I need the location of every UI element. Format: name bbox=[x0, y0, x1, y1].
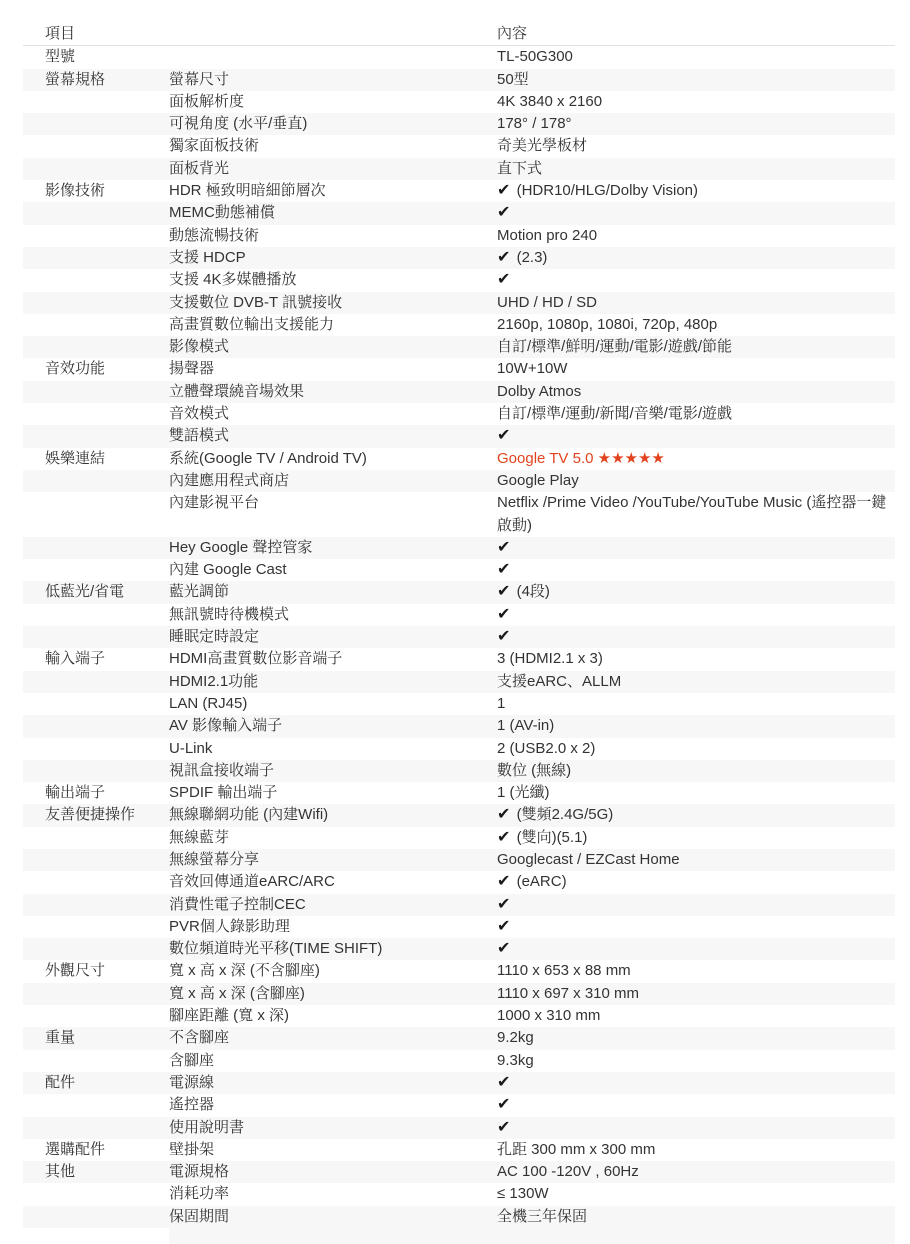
value-cell: 全機三年保固 bbox=[497, 1206, 895, 1228]
spec-row: 輸出端子SPDIF 輸出端子1 (光纖) bbox=[23, 782, 895, 804]
category-cell: 音效功能 bbox=[23, 358, 169, 380]
value-cell: ✔ bbox=[497, 269, 895, 291]
value-cell: ✔ bbox=[497, 425, 895, 447]
check-icon: ✔ bbox=[497, 918, 510, 935]
spec-row: 內建影視平台Netflix /Prime Video /YouTube/YouT… bbox=[23, 492, 895, 537]
value-text: (2.3) bbox=[512, 249, 547, 266]
category-cell bbox=[23, 403, 169, 425]
spec-row: 其他電源規格AC 100 -120V , 60Hz bbox=[23, 1161, 895, 1183]
item-cell: 影像模式 bbox=[169, 336, 497, 358]
value-cell: ✔ (雙頻2.4G/5G) bbox=[497, 804, 895, 826]
check-icon: ✔ bbox=[497, 427, 510, 444]
item-cell: 揚聲器 bbox=[169, 358, 497, 380]
item-cell: 獨家面板技術 bbox=[169, 135, 497, 157]
value-cell: 1110 x 697 x 310 mm bbox=[497, 983, 895, 1005]
category-cell bbox=[23, 537, 169, 559]
category-cell bbox=[23, 1094, 169, 1116]
category-cell: 友善便捷操作 bbox=[23, 804, 169, 826]
value-text: (4段) bbox=[512, 583, 550, 600]
category-cell: 娛樂連結 bbox=[23, 448, 169, 470]
value-cell: 自訂/標準/鮮明/運動/電影/遊戲/節能 bbox=[497, 336, 895, 358]
item-cell: U-Link bbox=[169, 738, 497, 760]
value-cell: Googlecast / EZCast Home bbox=[497, 849, 895, 871]
value-cell: ✔ bbox=[497, 1094, 895, 1116]
spec-row: 螢幕規格螢幕尺寸50型 bbox=[23, 69, 895, 91]
category-cell bbox=[23, 492, 169, 537]
spec-row: 視訊盒接收端子數位 (無線) bbox=[23, 760, 895, 782]
category-cell bbox=[23, 760, 169, 782]
item-cell: 內建影視平台 bbox=[169, 492, 497, 537]
model-label: 型號 bbox=[23, 46, 169, 68]
check-icon: ✔ bbox=[497, 829, 510, 846]
spec-row: PVR個人錄影助理✔ bbox=[23, 916, 895, 938]
spec-row: 寬 x 高 x 深 (含腳座)1110 x 697 x 310 mm bbox=[23, 983, 895, 1005]
value-cell: ✔ bbox=[497, 626, 895, 648]
check-icon: ✔ bbox=[497, 1074, 510, 1091]
spec-row: AV 影像輸入端子1 (AV-in) bbox=[23, 715, 895, 737]
category-cell: 選購配件 bbox=[23, 1139, 169, 1161]
value-cell: ✔ bbox=[497, 1072, 895, 1094]
value-cell: ✔ (2.3) bbox=[497, 247, 895, 269]
item-cell: 寬 x 高 x 深 (不含腳座) bbox=[169, 960, 497, 982]
category-cell: 低藍光/省電 bbox=[23, 581, 169, 603]
spec-row: 選購配件壁掛架孔距 300 mm x 300 mm bbox=[23, 1139, 895, 1161]
value-cell: 1 (光纖) bbox=[497, 782, 895, 804]
category-cell bbox=[23, 693, 169, 715]
spec-row: 無線藍芽✔ (雙向)(5.1) bbox=[23, 827, 895, 849]
value-text: (HDR10/HLG/Dolby Vision) bbox=[512, 182, 698, 199]
spec-row: MEMC動態補償✔ bbox=[23, 202, 895, 224]
value-cell: 3 (HDMI2.1 x 3) bbox=[497, 648, 895, 670]
spec-row: 娛樂連結系統(Google TV / Android TV)Google TV … bbox=[23, 448, 895, 470]
spec-row: 影像技術HDR 極致明暗細節層次✔ (HDR10/HLG/Dolby Visio… bbox=[23, 180, 895, 202]
value-cell: ✔ bbox=[497, 894, 895, 916]
item-cell: 睡眠定時設定 bbox=[169, 626, 497, 648]
item-cell: Hey Google 聲控管家 bbox=[169, 537, 497, 559]
item-cell: 保固期間 bbox=[169, 1206, 497, 1228]
item-cell: 寬 x 高 x 深 (含腳座) bbox=[169, 983, 497, 1005]
check-icon: ✔ bbox=[497, 806, 510, 823]
value-cell: 9.3kg bbox=[497, 1050, 895, 1072]
item-cell: 面板解析度 bbox=[169, 91, 497, 113]
spec-row: 面板背光直下式 bbox=[23, 158, 895, 180]
item-cell: 支援 HDCP bbox=[169, 247, 497, 269]
spec-row: 雙語模式✔ bbox=[23, 425, 895, 447]
item-cell: 內建 Google Cast bbox=[169, 559, 497, 581]
value-cell: 4K 3840 x 2160 bbox=[497, 91, 895, 113]
item-cell: 雙語模式 bbox=[169, 425, 497, 447]
value-cell: AC 100 -120V , 60Hz bbox=[497, 1161, 895, 1183]
item-cell: SPDIF 輸出端子 bbox=[169, 782, 497, 804]
header-row: 項目 內容 bbox=[23, 23, 895, 46]
value-cell: 奇美光學板材 bbox=[497, 135, 895, 157]
check-icon: ✔ bbox=[497, 539, 510, 556]
item-cell: 不含腳座 bbox=[169, 1027, 497, 1049]
category-cell bbox=[23, 738, 169, 760]
item-cell: 壁掛架 bbox=[169, 1139, 497, 1161]
value-text: (雙頻2.4G/5G) bbox=[512, 806, 613, 823]
category-cell bbox=[23, 1183, 169, 1205]
category-cell: 重量 bbox=[23, 1027, 169, 1049]
spec-row: Hey Google 聲控管家✔ bbox=[23, 537, 895, 559]
check-icon: ✔ bbox=[497, 896, 510, 913]
value-cell: ✔ (HDR10/HLG/Dolby Vision) bbox=[497, 180, 895, 202]
spec-row: 睡眠定時設定✔ bbox=[23, 626, 895, 648]
spec-row: 數位頻道時光平移(TIME SHIFT)✔ bbox=[23, 938, 895, 960]
item-cell: 無訊號時待機模式 bbox=[169, 604, 497, 626]
spec-table: 項目 內容 型號 TL-50G300 螢幕規格螢幕尺寸50型面板解析度4K 38… bbox=[23, 23, 895, 1244]
category-cell bbox=[23, 559, 169, 581]
item-cell: 支援 4K多媒體播放 bbox=[169, 269, 497, 291]
value-text: (eARC) bbox=[512, 873, 566, 890]
category-cell bbox=[23, 336, 169, 358]
check-icon: ✔ bbox=[497, 628, 510, 645]
item-cell: HDMI2.1功能 bbox=[169, 671, 497, 693]
item-cell: 遙控器 bbox=[169, 1094, 497, 1116]
category-cell bbox=[23, 1228, 169, 1244]
category-cell: 配件 bbox=[23, 1072, 169, 1094]
item-cell: PVR個人錄影助理 bbox=[169, 916, 497, 938]
spec-row: 音效功能揚聲器10W+10W bbox=[23, 358, 895, 380]
category-cell bbox=[23, 894, 169, 916]
spec-row: 內建應用程式商店Google Play bbox=[23, 470, 895, 492]
trailing-stripe bbox=[169, 1228, 895, 1244]
value-cell: 10W+10W bbox=[497, 358, 895, 380]
spec-row: 遙控器✔ bbox=[23, 1094, 895, 1116]
spec-row: 高畫質數位輸出支援能力2160p, 1080p, 1080i, 720p, 48… bbox=[23, 314, 895, 336]
spec-row: U-Link2 (USB2.0 x 2) bbox=[23, 738, 895, 760]
spec-row: 支援數位 DVB-T 訊號接收UHD / HD / SD bbox=[23, 292, 895, 314]
category-cell bbox=[23, 715, 169, 737]
item-cell: 電源線 bbox=[169, 1072, 497, 1094]
check-icon: ✔ bbox=[497, 873, 510, 890]
category-cell bbox=[23, 202, 169, 224]
value-cell: 1110 x 653 x 88 mm bbox=[497, 960, 895, 982]
value-cell: ✔ bbox=[497, 1117, 895, 1139]
item-cell: 音效模式 bbox=[169, 403, 497, 425]
spec-row: 外觀尺寸寬 x 高 x 深 (不含腳座)1110 x 653 x 88 mm bbox=[23, 960, 895, 982]
value-cell: 2 (USB2.0 x 2) bbox=[497, 738, 895, 760]
category-cell bbox=[23, 225, 169, 247]
spec-row: 支援 HDCP✔ (2.3) bbox=[23, 247, 895, 269]
spec-row: 腳座距離 (寬 x 深)1000 x 310 mm bbox=[23, 1005, 895, 1027]
spec-row: 無線螢幕分享Googlecast / EZCast Home bbox=[23, 849, 895, 871]
category-cell bbox=[23, 626, 169, 648]
value-cell: ≤ 130W bbox=[497, 1183, 895, 1205]
spec-row: 無訊號時待機模式✔ bbox=[23, 604, 895, 626]
check-icon: ✔ bbox=[497, 1096, 510, 1113]
value-cell: ✔ (4段) bbox=[497, 581, 895, 603]
category-cell bbox=[23, 292, 169, 314]
check-icon: ✔ bbox=[497, 204, 510, 221]
category-cell bbox=[23, 314, 169, 336]
value-cell: ✔ bbox=[497, 938, 895, 960]
value-cell: 178° / 178° bbox=[497, 113, 895, 135]
spec-row: 消耗功率≤ 130W bbox=[23, 1183, 895, 1205]
value-cell: ✔ bbox=[497, 559, 895, 581]
value-cell: 50型 bbox=[497, 69, 895, 91]
spec-row: 使用說明書✔ bbox=[23, 1117, 895, 1139]
item-cell: 含腳座 bbox=[169, 1050, 497, 1072]
spec-row: 重量不含腳座9.2kg bbox=[23, 1027, 895, 1049]
category-cell bbox=[23, 604, 169, 626]
check-icon: ✔ bbox=[497, 249, 510, 266]
item-cell: 使用說明書 bbox=[169, 1117, 497, 1139]
value-cell: ✔ (雙向)(5.1) bbox=[497, 827, 895, 849]
item-cell: 消耗功率 bbox=[169, 1183, 497, 1205]
spec-row: 消費性電子控制CEC✔ bbox=[23, 894, 895, 916]
item-cell: 視訊盒接收端子 bbox=[169, 760, 497, 782]
item-cell: 動態流暢技術 bbox=[169, 225, 497, 247]
value-cell: Netflix /Prime Video /YouTube/YouTube Mu… bbox=[497, 492, 895, 537]
value-cell: 數位 (無線) bbox=[497, 760, 895, 782]
value-cell: 1000 x 310 mm bbox=[497, 1005, 895, 1027]
item-cell: HDR 極致明暗細節層次 bbox=[169, 180, 497, 202]
spec-row: 面板解析度4K 3840 x 2160 bbox=[23, 91, 895, 113]
category-cell: 螢幕規格 bbox=[23, 69, 169, 91]
value-cell: ✔ bbox=[497, 916, 895, 938]
value-cell: ✔ bbox=[497, 537, 895, 559]
item-cell: LAN (RJ45) bbox=[169, 693, 497, 715]
value-cell: Google Play bbox=[497, 470, 895, 492]
category-cell bbox=[23, 983, 169, 1005]
header-spacer bbox=[169, 23, 497, 45]
header-item-label: 項目 bbox=[23, 23, 169, 45]
model-value: TL-50G300 bbox=[497, 46, 895, 68]
spec-row: LAN (RJ45)1 bbox=[23, 693, 895, 715]
category-cell bbox=[23, 1050, 169, 1072]
category-cell bbox=[23, 158, 169, 180]
spec-row: 低藍光/省電藍光調節✔ (4段) bbox=[23, 581, 895, 603]
spec-row: 音效回傳通道eARC/ARC✔ (eARC) bbox=[23, 871, 895, 893]
category-cell: 其他 bbox=[23, 1161, 169, 1183]
value-cell: 1 bbox=[497, 693, 895, 715]
item-cell: HDMI高畫質數位影音端子 bbox=[169, 648, 497, 670]
item-cell: 電源規格 bbox=[169, 1161, 497, 1183]
item-cell: 可視角度 (水平/垂直) bbox=[169, 113, 497, 135]
value-cell: Dolby Atmos bbox=[497, 381, 895, 403]
category-cell bbox=[23, 916, 169, 938]
check-icon: ✔ bbox=[497, 561, 510, 578]
item-cell: 面板背光 bbox=[169, 158, 497, 180]
spec-row: 立體聲環繞音場效果Dolby Atmos bbox=[23, 381, 895, 403]
value-cell: Google TV 5.0 ★★★★★ bbox=[497, 448, 895, 470]
value-cell: ✔ bbox=[497, 202, 895, 224]
category-cell bbox=[23, 827, 169, 849]
spec-row: HDMI2.1功能支援eARC、ALLM bbox=[23, 671, 895, 693]
check-icon: ✔ bbox=[497, 182, 510, 199]
category-cell bbox=[23, 938, 169, 960]
model-spacer bbox=[169, 46, 497, 68]
item-cell: 音效回傳通道eARC/ARC bbox=[169, 871, 497, 893]
model-row: 型號 TL-50G300 bbox=[23, 46, 895, 68]
item-cell: 數位頻道時光平移(TIME SHIFT) bbox=[169, 938, 497, 960]
spec-row: 內建 Google Cast✔ bbox=[23, 559, 895, 581]
spec-row: 保固期間全機三年保固 bbox=[23, 1206, 895, 1228]
item-cell: 支援數位 DVB-T 訊號接收 bbox=[169, 292, 497, 314]
value-cell: 直下式 bbox=[497, 158, 895, 180]
category-cell bbox=[23, 849, 169, 871]
item-cell: MEMC動態補償 bbox=[169, 202, 497, 224]
category-cell: 影像技術 bbox=[23, 180, 169, 202]
spec-row: 動態流暢技術Motion pro 240 bbox=[23, 225, 895, 247]
category-cell bbox=[23, 1206, 169, 1228]
value-cell: ✔ bbox=[497, 604, 895, 626]
value-cell: 支援eARC、ALLM bbox=[497, 671, 895, 693]
item-cell: 無線螢幕分享 bbox=[169, 849, 497, 871]
item-cell: 消費性電子控制CEC bbox=[169, 894, 497, 916]
value-text: (雙向)(5.1) bbox=[512, 829, 587, 846]
check-icon: ✔ bbox=[497, 940, 510, 957]
item-cell: AV 影像輸入端子 bbox=[169, 715, 497, 737]
item-cell: 系統(Google TV / Android TV) bbox=[169, 448, 497, 470]
item-cell: 藍光調節 bbox=[169, 581, 497, 603]
value-cell: 1 (AV-in) bbox=[497, 715, 895, 737]
item-cell: 高畫質數位輸出支援能力 bbox=[169, 314, 497, 336]
spec-row: 音效模式自訂/標準/運動/新聞/音樂/電影/遊戲 bbox=[23, 403, 895, 425]
category-cell bbox=[23, 671, 169, 693]
value-cell: 自訂/標準/運動/新聞/音樂/電影/遊戲 bbox=[497, 403, 895, 425]
value-cell: UHD / HD / SD bbox=[497, 292, 895, 314]
value-cell: Motion pro 240 bbox=[497, 225, 895, 247]
category-cell bbox=[23, 1117, 169, 1139]
spec-row: 影像模式自訂/標準/鮮明/運動/電影/遊戲/節能 bbox=[23, 336, 895, 358]
spec-row: 支援 4K多媒體播放✔ bbox=[23, 269, 895, 291]
category-cell bbox=[23, 381, 169, 403]
value-cell: 9.2kg bbox=[497, 1027, 895, 1049]
item-cell: 立體聲環繞音場效果 bbox=[169, 381, 497, 403]
category-cell: 輸出端子 bbox=[23, 782, 169, 804]
item-cell: 無線聯網功能 (內建Wifi) bbox=[169, 804, 497, 826]
category-cell bbox=[23, 269, 169, 291]
item-cell: 螢幕尺寸 bbox=[169, 69, 497, 91]
spec-row: 可視角度 (水平/垂直)178° / 178° bbox=[23, 113, 895, 135]
value-cell: 2160p, 1080p, 1080i, 720p, 480p bbox=[497, 314, 895, 336]
check-icon: ✔ bbox=[497, 271, 510, 288]
category-cell bbox=[23, 425, 169, 447]
category-cell: 輸入端子 bbox=[23, 648, 169, 670]
spec-row: 友善便捷操作無線聯網功能 (內建Wifi)✔ (雙頻2.4G/5G) bbox=[23, 804, 895, 826]
value-cell: ✔ (eARC) bbox=[497, 871, 895, 893]
category-cell bbox=[23, 470, 169, 492]
spec-row: 輸入端子HDMI高畫質數位影音端子3 (HDMI2.1 x 3) bbox=[23, 648, 895, 670]
trailing-empty-row bbox=[23, 1228, 895, 1244]
header-content-label: 內容 bbox=[497, 23, 895, 45]
category-cell bbox=[23, 1005, 169, 1027]
item-cell: 內建應用程式商店 bbox=[169, 470, 497, 492]
category-cell bbox=[23, 135, 169, 157]
category-cell bbox=[23, 871, 169, 893]
item-cell: 無線藍芽 bbox=[169, 827, 497, 849]
value-cell: 孔距 300 mm x 300 mm bbox=[497, 1139, 895, 1161]
category-cell: 外觀尺寸 bbox=[23, 960, 169, 982]
check-icon: ✔ bbox=[497, 583, 510, 600]
spec-rows: 螢幕規格螢幕尺寸50型面板解析度4K 3840 x 2160可視角度 (水平/垂… bbox=[23, 69, 895, 1244]
category-cell bbox=[23, 91, 169, 113]
category-cell bbox=[23, 247, 169, 269]
check-icon: ✔ bbox=[497, 606, 510, 623]
spec-row: 配件電源線✔ bbox=[23, 1072, 895, 1094]
category-cell bbox=[23, 113, 169, 135]
check-icon: ✔ bbox=[497, 1119, 510, 1136]
spec-row: 獨家面板技術奇美光學板材 bbox=[23, 135, 895, 157]
spec-row: 含腳座9.3kg bbox=[23, 1050, 895, 1072]
item-cell: 腳座距離 (寬 x 深) bbox=[169, 1005, 497, 1027]
